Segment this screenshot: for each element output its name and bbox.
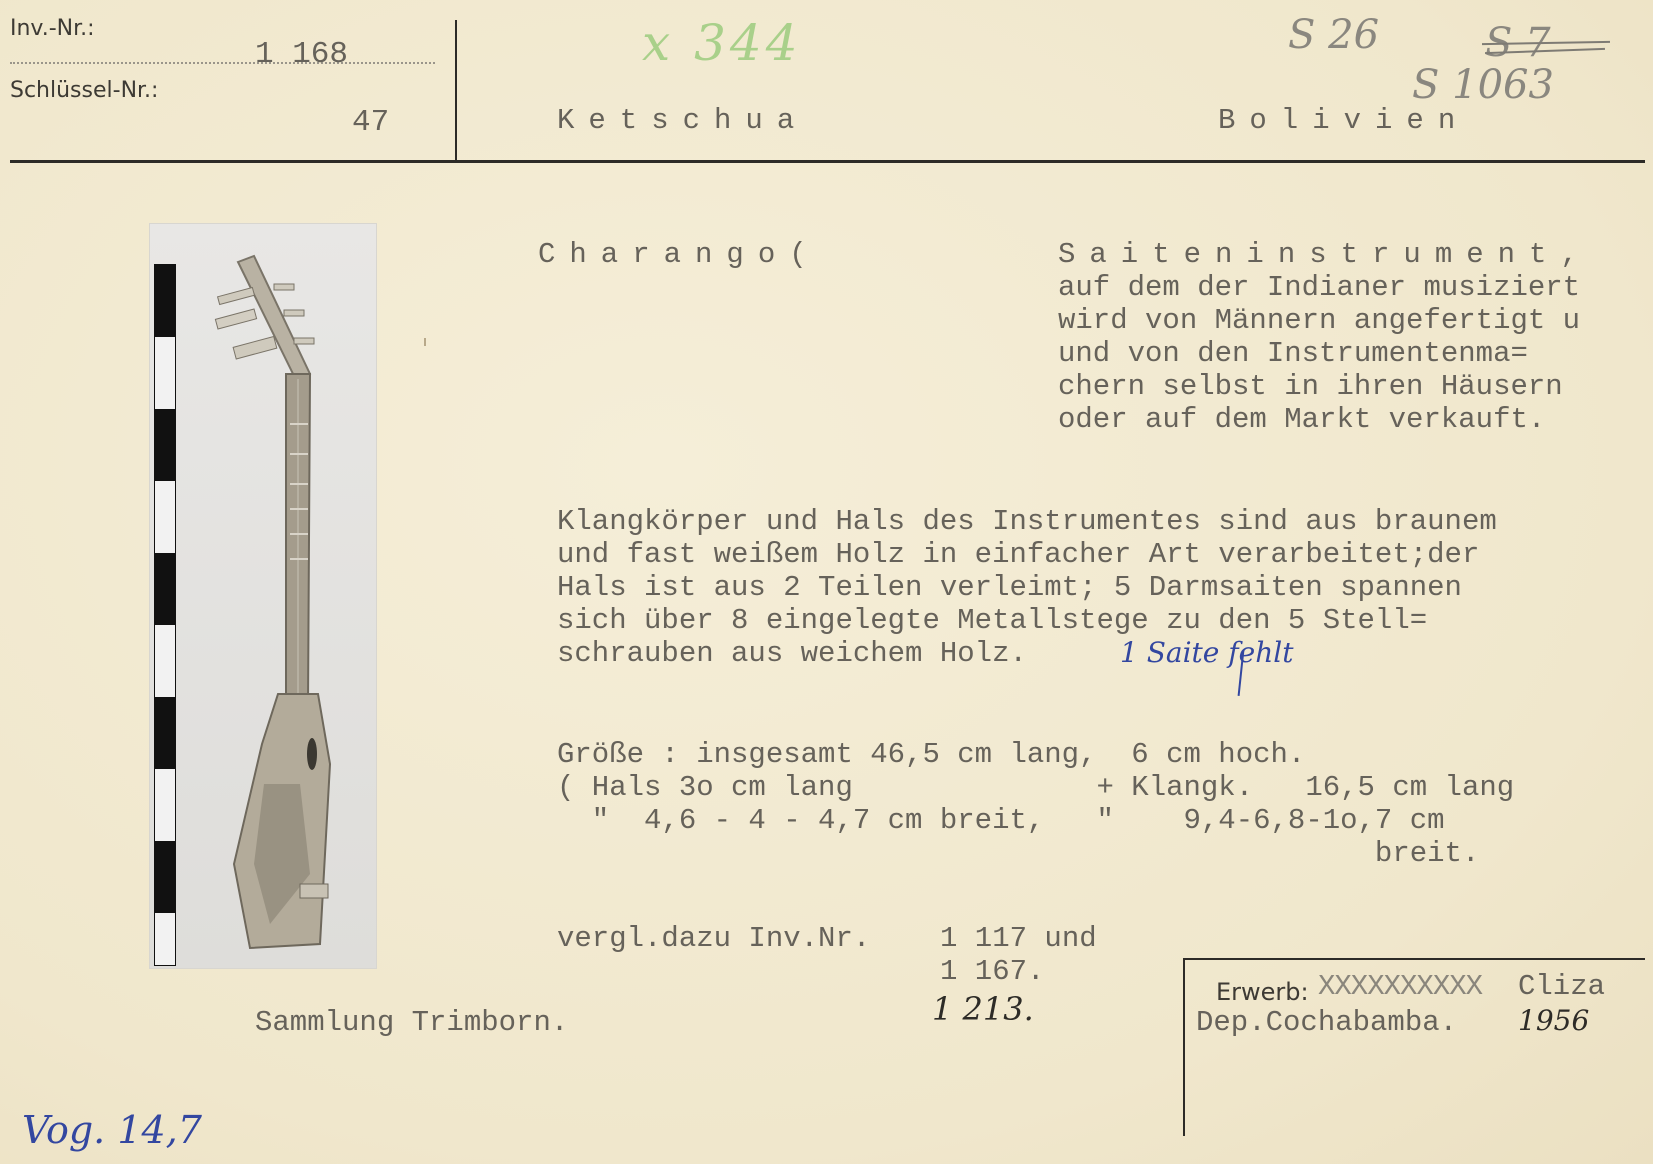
schluessel-nr-label: Schlüssel-Nr.: — [10, 78, 158, 103]
country: Bolivien — [1218, 104, 1469, 137]
inv-nr-dotted-line — [10, 62, 435, 64]
schluessel-nr-value: 47 — [352, 106, 389, 139]
description-line-4: und von den Instrumentenma= — [1058, 337, 1528, 370]
comparison-label: vergl.dazu Inv.Nr. — [557, 922, 870, 955]
acquisition-struck-text: XXXXXXXXXX — [1318, 970, 1482, 1003]
header-vertical-divider — [455, 20, 457, 160]
construction-line-3: Hals ist aus 2 Teilen verleimt; 5 Darmsa… — [557, 571, 1462, 604]
charango-image — [150, 224, 376, 968]
acquisition-place: Cliza — [1518, 970, 1605, 1003]
handwritten-missing-string-note: 1 Saite fehlt — [1120, 636, 1293, 669]
acquisition-label: Erwerb: — [1216, 978, 1309, 1006]
footer-handwritten-ref: Vog. 14,7 — [22, 1108, 202, 1152]
construction-line-5: schrauben aus weichem Holz. — [557, 637, 1027, 670]
size-line-4: breit. — [557, 837, 1479, 870]
description-line-3: wird von Männern angefertigt u — [1058, 304, 1580, 337]
size-line-2: ( Hals 3o cm lang + Klangk. 16,5 cm lang — [557, 771, 1514, 804]
acquisition-year-handwritten: 1956 — [1518, 1004, 1589, 1037]
description-line-1: Saiteninstrument, — [1058, 238, 1592, 271]
header-rule — [10, 160, 1645, 163]
green-pencil-note: x 344 — [642, 14, 802, 72]
index-card: Inv.-Nr.: 1 168 Schlüssel-Nr.: 47 x 344 … — [0, 0, 1653, 1164]
inv-nr-value: 1 168 — [255, 38, 348, 71]
comparison-ref-2: 1 167. — [940, 955, 1044, 988]
collection-name: Sammlung Trimborn. — [255, 1006, 568, 1039]
construction-line-1: Klangkörper und Hals des Instrumentes si… — [557, 505, 1497, 538]
construction-line-2: und fast weißem Holz in einfacher Art ve… — [557, 538, 1479, 571]
pencil-note-s26: S 26 — [1288, 12, 1379, 58]
description-line-6: oder auf dem Markt verkauft. — [1058, 403, 1545, 436]
charango-photograph — [150, 224, 376, 968]
object-name: Charango( — [538, 238, 821, 271]
pencil-note-s1063: S 1063 — [1412, 62, 1554, 108]
size-line-3: " 4,6 - 4 - 4,7 cm breit, " 9,4-6,8-1o,7… — [557, 804, 1445, 837]
size-line-1: Größe : insgesamt 46,5 cm lang, 6 cm hoc… — [557, 738, 1305, 771]
construction-line-4: sich über 8 eingelegte Metallstege zu de… — [557, 604, 1427, 637]
inv-nr-label: Inv.-Nr.: — [10, 16, 95, 41]
comparison-ref-handwritten: 1 213. — [932, 990, 1034, 1028]
acquisition-region: Dep.Cochabamba. — [1196, 1006, 1457, 1039]
ethnic-group: Ketschua — [557, 104, 808, 137]
comparison-ref-1: 1 117 und — [940, 922, 1097, 955]
paper-mark — [424, 338, 426, 346]
description-line-5: chern selbst in ihren Häusern — [1058, 370, 1563, 403]
description-line-2: auf dem der Indianer musiziert — [1058, 271, 1580, 304]
